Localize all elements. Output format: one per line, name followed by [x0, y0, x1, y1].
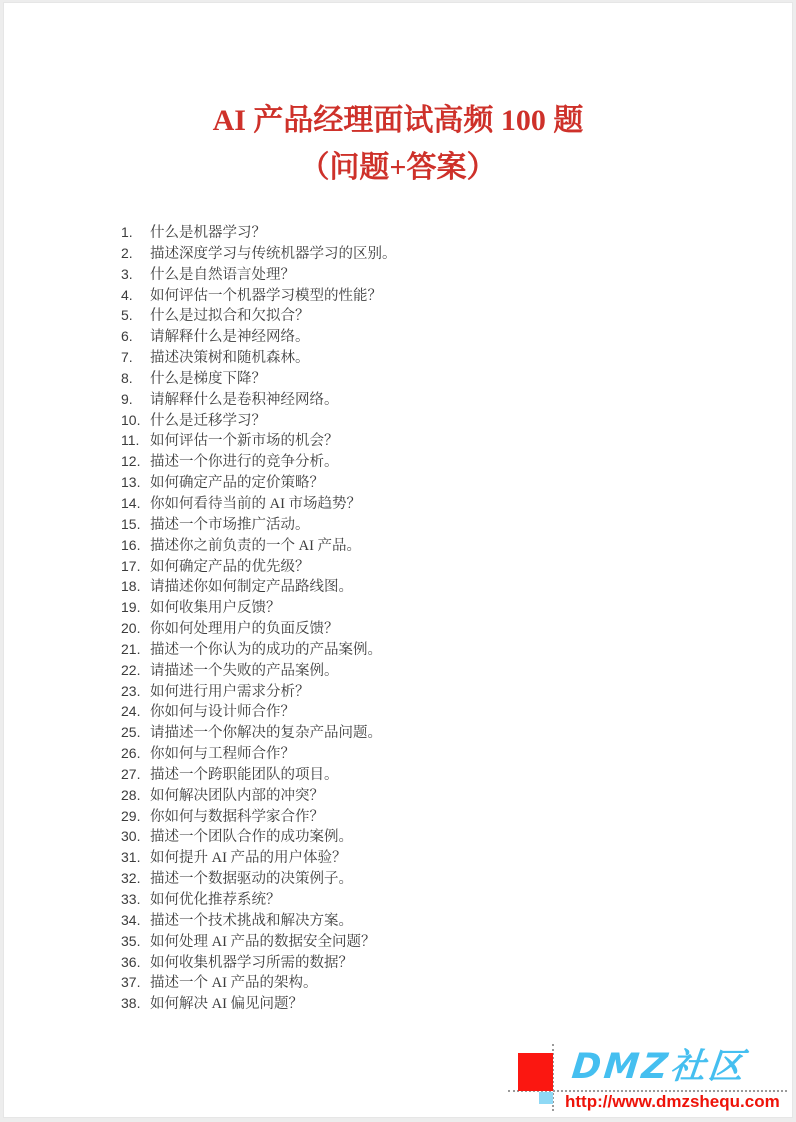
- list-item: 24. 你如何与设计师合作？: [121, 701, 752, 722]
- list-item-text: 如何确定产品的定价策略？: [150, 473, 324, 494]
- list-item-number: 2.: [121, 243, 150, 264]
- list-item-number: 38.: [121, 993, 150, 1014]
- list-item: 13. 如何确定产品的定价策略？: [121, 472, 752, 493]
- list-item-number: 3.: [121, 264, 150, 285]
- list-item: 14. 你如何看待当前的 AI 市场趋势？: [121, 493, 752, 514]
- question-list: 1. 什么是机器学习？ 2. 描述深度学习与传统机器学习的区别。 3. 什么是自…: [121, 222, 752, 1014]
- list-item-number: 35.: [121, 931, 150, 952]
- list-item-text: 请解释什么是卷积神经网络。: [150, 390, 339, 411]
- list-item-text: 如何收集用户反馈？: [150, 598, 281, 619]
- list-item-text: 描述一个你认为的成功的产品案例。: [150, 640, 382, 661]
- list-item-text: 描述深度学习与传统机器学习的区别。: [150, 244, 397, 265]
- list-item-text: 描述你之前负责的一个 AI 产品。: [150, 536, 361, 557]
- list-item-number: 26.: [121, 743, 150, 764]
- list-item-number: 1.: [121, 222, 150, 243]
- list-item: 10. 什么是迁移学习？: [121, 410, 752, 431]
- list-item-number: 29.: [121, 806, 150, 827]
- list-item: 6. 请解释什么是神经网络。: [121, 326, 752, 347]
- list-item-text: 你如何处理用户的负面反馈？: [150, 619, 339, 640]
- list-item: 23. 如何进行用户需求分析？: [121, 681, 752, 702]
- list-item: 34. 描述一个技术挑战和解决方案。: [121, 910, 752, 931]
- list-item: 17. 如何确定产品的优先级？: [121, 556, 752, 577]
- list-item: 12. 描述一个你进行的竞争分析。: [121, 451, 752, 472]
- list-item: 35. 如何处理 AI 产品的数据安全问题？: [121, 931, 752, 952]
- list-item-text: 你如何与数据科学家合作？: [150, 807, 324, 828]
- list-item-number: 31.: [121, 847, 150, 868]
- list-item: 4. 如何评估一个机器学习模型的性能？: [121, 285, 752, 306]
- list-item-number: 7.: [121, 347, 150, 368]
- list-item-text: 什么是梯度下降？: [150, 369, 266, 390]
- list-item-number: 21.: [121, 639, 150, 660]
- list-item-text: 如何处理 AI 产品的数据安全问题？: [150, 932, 376, 953]
- list-item-number: 24.: [121, 701, 150, 722]
- list-item: 32. 描述一个数据驱动的决策例子。: [121, 868, 752, 889]
- document-page: AI 产品经理面试高频 100 题 （问题+答案） 1. 什么是机器学习？ 2.…: [3, 2, 793, 1118]
- list-item-text: 什么是过拟合和欠拟合？: [150, 306, 310, 327]
- list-item: 15. 描述一个市场推广活动。: [121, 514, 752, 535]
- list-item: 31. 如何提升 AI 产品的用户体验？: [121, 847, 752, 868]
- list-item: 21. 描述一个你认为的成功的产品案例。: [121, 639, 752, 660]
- list-item-text: 请描述一个失败的产品案例。: [150, 661, 339, 682]
- list-item-text: 描述一个数据驱动的决策例子。: [150, 869, 353, 890]
- list-item: 5. 什么是过拟合和欠拟合？: [121, 305, 752, 326]
- list-item-text: 什么是迁移学习？: [150, 411, 266, 432]
- list-item-text: 请描述你如何制定产品路线图。: [150, 577, 353, 598]
- list-item-text: 你如何与设计师合作？: [150, 702, 295, 723]
- title-line-2: （问题+答案）: [4, 144, 792, 191]
- list-item-number: 33.: [121, 889, 150, 910]
- list-item-number: 8.: [121, 368, 150, 389]
- list-item-text: 描述一个技术挑战和解决方案。: [150, 911, 353, 932]
- list-item: 3. 什么是自然语言处理？: [121, 264, 752, 285]
- list-item-number: 17.: [121, 556, 150, 577]
- list-item-number: 37.: [121, 972, 150, 993]
- list-item-text: 你如何看待当前的 AI 市场趋势？: [150, 494, 361, 515]
- watermark-brand-text: DMZ社区: [570, 1046, 774, 1088]
- list-item: 11. 如何评估一个新市场的机会？: [121, 430, 752, 451]
- list-item-number: 19.: [121, 597, 150, 618]
- list-item-number: 34.: [121, 910, 150, 931]
- list-item-number: 20.: [121, 618, 150, 639]
- list-item-text: 描述决策树和随机森林。: [150, 348, 310, 369]
- list-item: 29. 你如何与数据科学家合作？: [121, 806, 752, 827]
- list-item: 30. 描述一个团队合作的成功案例。: [121, 826, 752, 847]
- list-item-number: 9.: [121, 389, 150, 410]
- list-item: 16. 描述你之前负责的一个 AI 产品。: [121, 535, 752, 556]
- list-item: 33. 如何优化推荐系统？: [121, 889, 752, 910]
- list-item-number: 4.: [121, 285, 150, 306]
- list-item-number: 5.: [121, 305, 150, 326]
- watermark-red-square: [518, 1053, 553, 1091]
- list-item: 19. 如何收集用户反馈？: [121, 597, 752, 618]
- list-item: 37. 描述一个 AI 产品的架构。: [121, 972, 752, 993]
- list-item-number: 30.: [121, 826, 150, 847]
- list-item: 25. 请描述一个你解决的复杂产品问题。: [121, 722, 752, 743]
- list-item-number: 27.: [121, 764, 150, 785]
- list-item: 26. 你如何与工程师合作？: [121, 743, 752, 764]
- list-item-text: 描述一个跨职能团队的项目。: [150, 765, 339, 786]
- list-item-number: 32.: [121, 868, 150, 889]
- list-item-text: 如何解决团队内部的冲突？: [150, 786, 324, 807]
- list-item-text: 如何优化推荐系统？: [150, 890, 281, 911]
- list-item-number: 36.: [121, 952, 150, 973]
- title-line-1: AI 产品经理面试高频 100 题: [4, 97, 792, 144]
- list-item-text: 描述一个你进行的竞争分析。: [150, 452, 339, 473]
- list-item-number: 12.: [121, 451, 150, 472]
- list-item-number: 22.: [121, 660, 150, 681]
- list-item-number: 14.: [121, 493, 150, 514]
- list-item-text: 如何评估一个新市场的机会？: [150, 431, 339, 452]
- list-item-text: 请描述一个你解决的复杂产品问题。: [150, 723, 382, 744]
- list-item: 36. 如何收集机器学习所需的数据？: [121, 952, 752, 973]
- list-item: 38. 如何解决 AI 偏见问题？: [121, 993, 752, 1014]
- list-item-text: 如何进行用户需求分析？: [150, 682, 310, 703]
- list-item-number: 28.: [121, 785, 150, 806]
- list-item-number: 15.: [121, 514, 150, 535]
- list-item-text: 请解释什么是神经网络。: [150, 327, 310, 348]
- list-item-number: 10.: [121, 410, 150, 431]
- list-item: 22. 请描述一个失败的产品案例。: [121, 660, 752, 681]
- list-item-text: 描述一个 AI 产品的架构。: [150, 973, 318, 994]
- list-item-text: 如何提升 AI 产品的用户体验？: [150, 848, 347, 869]
- list-item: 1. 什么是机器学习？: [121, 222, 752, 243]
- list-item: 7. 描述决策树和随机森林。: [121, 347, 752, 368]
- list-item-text: 什么是自然语言处理？: [150, 265, 295, 286]
- list-item-text: 描述一个市场推广活动。: [150, 515, 310, 536]
- list-item: 2. 描述深度学习与传统机器学习的区别。: [121, 243, 752, 264]
- list-item-text: 描述一个团队合作的成功案例。: [150, 827, 353, 848]
- list-item-number: 23.: [121, 681, 150, 702]
- list-item-number: 25.: [121, 722, 150, 743]
- list-item-text: 如何收集机器学习所需的数据？: [150, 953, 353, 974]
- list-item: 20. 你如何处理用户的负面反馈？: [121, 618, 752, 639]
- list-item-text: 你如何与工程师合作？: [150, 744, 295, 765]
- list-item-text: 什么是机器学习？: [150, 223, 266, 244]
- watermark-url-text: http://www.dmzshequ.com: [565, 1092, 780, 1112]
- list-item: 8. 什么是梯度下降？: [121, 368, 752, 389]
- list-item-number: 13.: [121, 472, 150, 493]
- list-item-text: 如何解决 AI 偏见问题？: [150, 994, 303, 1015]
- list-item-text: 如何确定产品的优先级？: [150, 557, 310, 578]
- list-item-number: 18.: [121, 576, 150, 597]
- watermark-blue-square: [539, 1092, 553, 1104]
- list-item-number: 11.: [121, 430, 150, 451]
- list-item-text: 如何评估一个机器学习模型的性能？: [150, 286, 382, 307]
- list-item: 27. 描述一个跨职能团队的项目。: [121, 764, 752, 785]
- list-item: 9. 请解释什么是卷积神经网络。: [121, 389, 752, 410]
- list-item-number: 16.: [121, 535, 150, 556]
- list-item: 28. 如何解决团队内部的冲突？: [121, 785, 752, 806]
- list-item-number: 6.: [121, 326, 150, 347]
- document-title: AI 产品经理面试高频 100 题 （问题+答案）: [4, 97, 792, 191]
- list-item: 18. 请描述你如何制定产品路线图。: [121, 576, 752, 597]
